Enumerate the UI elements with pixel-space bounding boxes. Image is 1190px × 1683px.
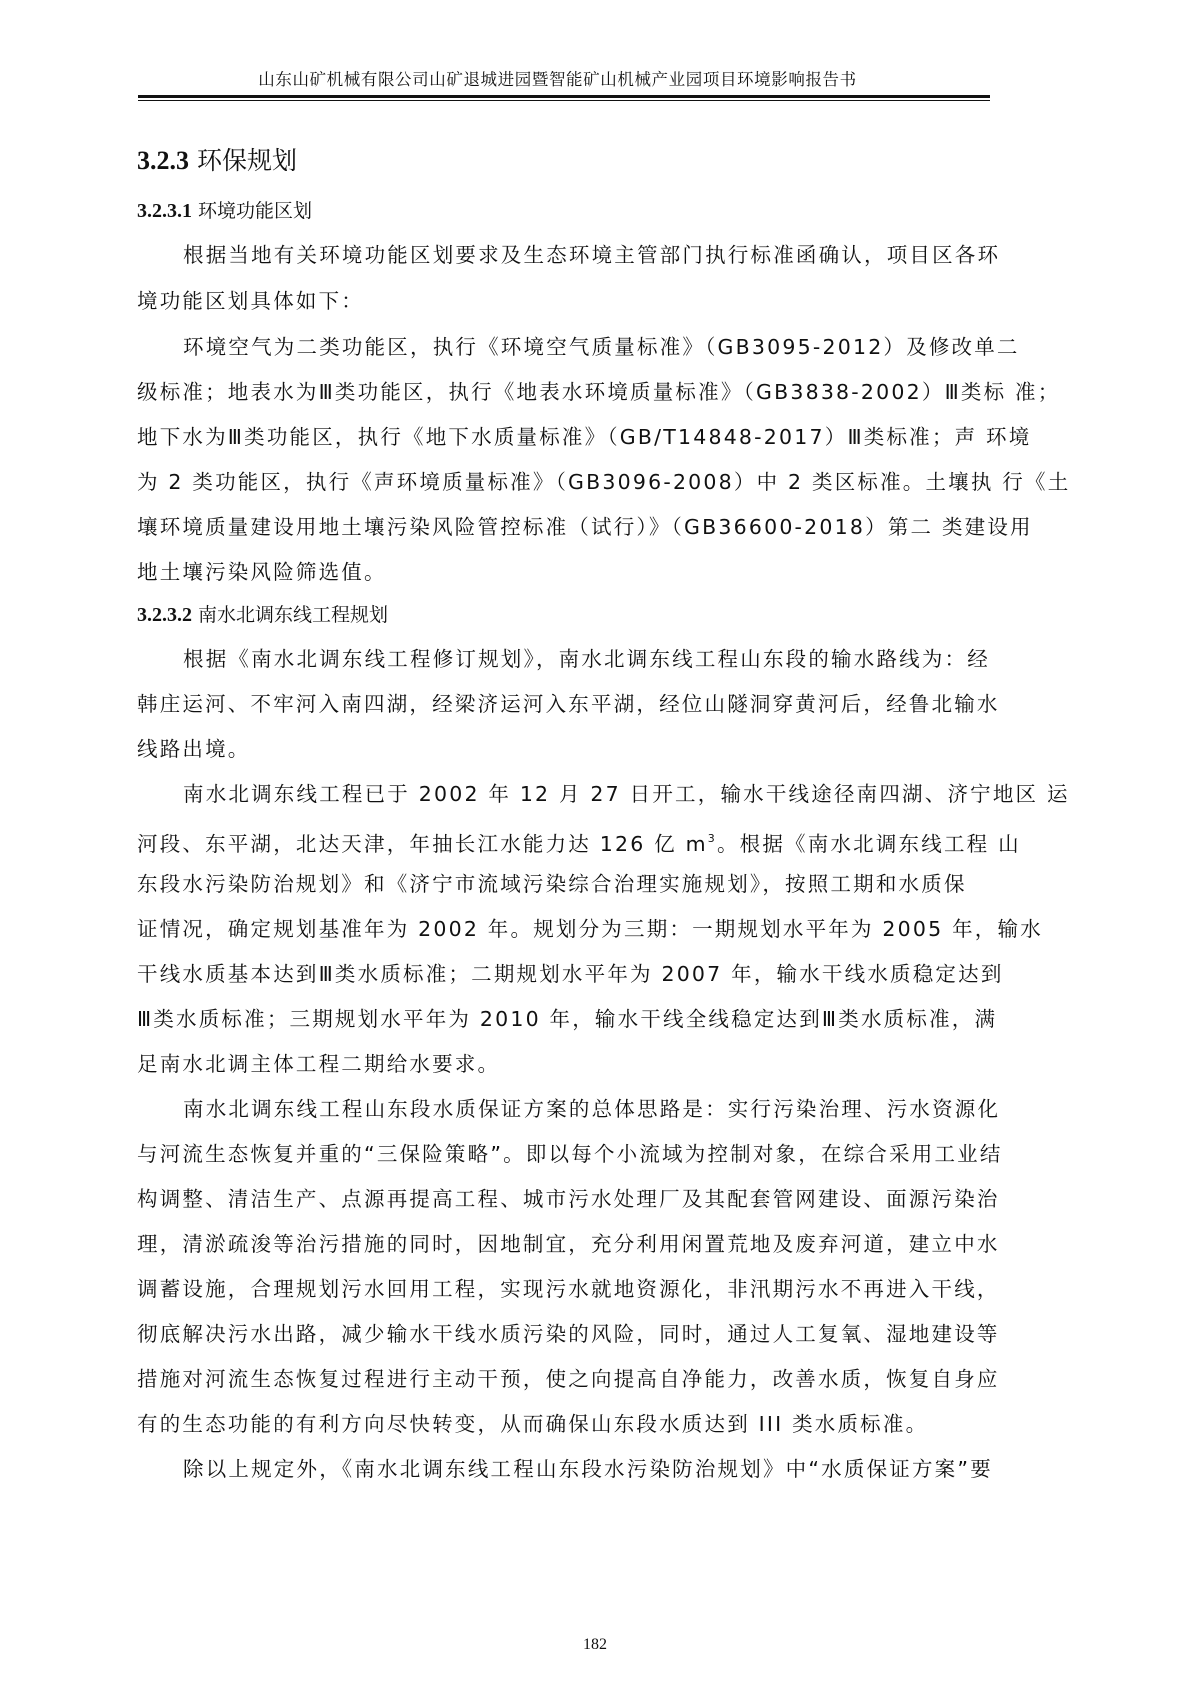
paragraph-line: 东段水污染防治规划》和《济宁市流域污染综合治理实施规划》，按照工期和水质保 — [137, 870, 967, 898]
paragraph-line: 彻底解决污水出路，减少输水干线水质污染的风险，同时，通过人工复氧、湿地建设等 — [137, 1320, 1000, 1348]
subsection-title: 环境功能区划 — [198, 200, 312, 222]
header-rule-thick — [138, 95, 990, 98]
paragraph-line: 地土壤污染风险筛选值。 — [137, 558, 387, 586]
superscript: 3 — [708, 832, 717, 845]
paragraph-line: 级标准；地表水为Ⅲ类功能区，执行《地表水环境质量标准》（GB3838-2002）… — [137, 378, 1060, 406]
paragraph-line: 干线水质基本达到Ⅲ类水质标准；二期规划水平年为 2007 年，输水干线水质稳定达… — [137, 960, 1004, 988]
paragraph-line: 地下水为Ⅲ类功能区，执行《地下水质量标准》（GB/T14848-2017）Ⅲ类标… — [137, 423, 1031, 451]
paragraph-line: 南水北调东线工程已于 2002 年 12 月 27 日开工，输水干线途径南四湖、… — [183, 780, 1070, 808]
line-text: 。根据《南水北调东线工程 山 — [717, 832, 1021, 856]
section-title: 环保规划 — [197, 146, 297, 175]
running-header: 山东山矿机械有限公司山矿退城进园暨智能矿山机械产业园项目环境影响报告书 — [130, 66, 985, 90]
paragraph-line: 根据《南水北调东线工程修订规划》，南水北调东线工程山东段的输水路线为：经 — [183, 645, 990, 673]
paragraph-line: 证情况，确定规划基准年为 2002 年。规划分为三期：一期规划水平年为 2005… — [137, 915, 1043, 943]
subsection-number: 3.2.3.2 — [137, 604, 192, 626]
paragraph-line: 与河流生态恢复并重的“三保险策略”。即以每个小流域为控制对象，在综合采用工业结 — [137, 1140, 1003, 1168]
subsection-heading: 3.2.3.2 南水北调东线工程规划 — [137, 601, 388, 629]
paragraph-line: 构调整、清洁生产、点源再提高工程、城市污水处理厂及其配套管网建设、面源污染治 — [137, 1185, 1000, 1213]
paragraph-line: 线路出境。 — [137, 735, 251, 763]
paragraph-line: 韩庄运河、不牢河入南四湖，经梁济运河入东平湖，经位山隧洞穿黄河后，经鲁北输水 — [137, 690, 1000, 718]
section-number: 3.2.3 — [137, 146, 189, 175]
page-number: 182 — [560, 1636, 630, 1654]
paragraph-line: 环境空气为二类功能区，执行《环境空气质量标准》（GB3095-2012）及修改单… — [183, 333, 1020, 361]
paragraph-line: 有的生态功能的有利方向尽快转变，从而确保山东段水质达到 III 类水质标准。 — [137, 1410, 928, 1438]
line-text: 河段、东平湖，北达天津，年抽长江水能力达 126 亿 m — [137, 832, 708, 856]
subsection-number: 3.2.3.1 — [137, 200, 192, 222]
paragraph-line: 壤环境质量建设用地土壤污染风险管控标准（试行）》（GB36600-2018）第二… — [137, 513, 1033, 541]
paragraph-line: 河段、东平湖，北达天津，年抽长江水能力达 126 亿 m3。根据《南水北调东线工… — [137, 825, 1021, 858]
subsection-heading: 3.2.3.1 环境功能区划 — [137, 197, 312, 225]
paragraph-line: 除以上规定外，《南水北调东线工程山东段水污染防治规划》中“水质保证方案”要 — [183, 1455, 993, 1483]
subsection-title: 南水北调东线工程规划 — [198, 604, 388, 626]
section-heading: 3.2.3 环保规划 — [137, 145, 297, 177]
paragraph-line: Ⅲ类水质标准；三期规划水平年为 2010 年，输水干线全线稳定达到Ⅲ类水质标准，… — [137, 1005, 997, 1033]
paragraph-line: 措施对河流生态恢复过程进行主动干预，使之向提高自净能力，改善水质，恢复自身应 — [137, 1365, 1000, 1393]
paragraph-line: 境功能区划具体如下： — [137, 287, 364, 315]
paragraph-line: 南水北调东线工程山东段水质保证方案的总体思路是：实行污染治理、污水资源化 — [183, 1095, 1000, 1123]
header-rule-thin — [138, 100, 990, 101]
paragraph-line: 根据当地有关环境功能区划要求及生态环境主管部门执行标准函确认，项目区各环 — [183, 241, 1000, 269]
paragraph-line: 调蓄设施，合理规划污水回用工程，实现污水就地资源化，非汛期污水不再进入干线， — [137, 1275, 1000, 1303]
paragraph-line: 理，清淤疏浚等治污措施的同时，因地制宜，充分利用闲置荒地及废弃河道，建立中水 — [137, 1230, 1000, 1258]
paragraph-line: 足南水北调主体工程二期给水要求。 — [137, 1050, 500, 1078]
paragraph-line: 为 2 类功能区，执行《声环境质量标准》（GB3096-2008）中 2 类区标… — [137, 468, 1070, 496]
